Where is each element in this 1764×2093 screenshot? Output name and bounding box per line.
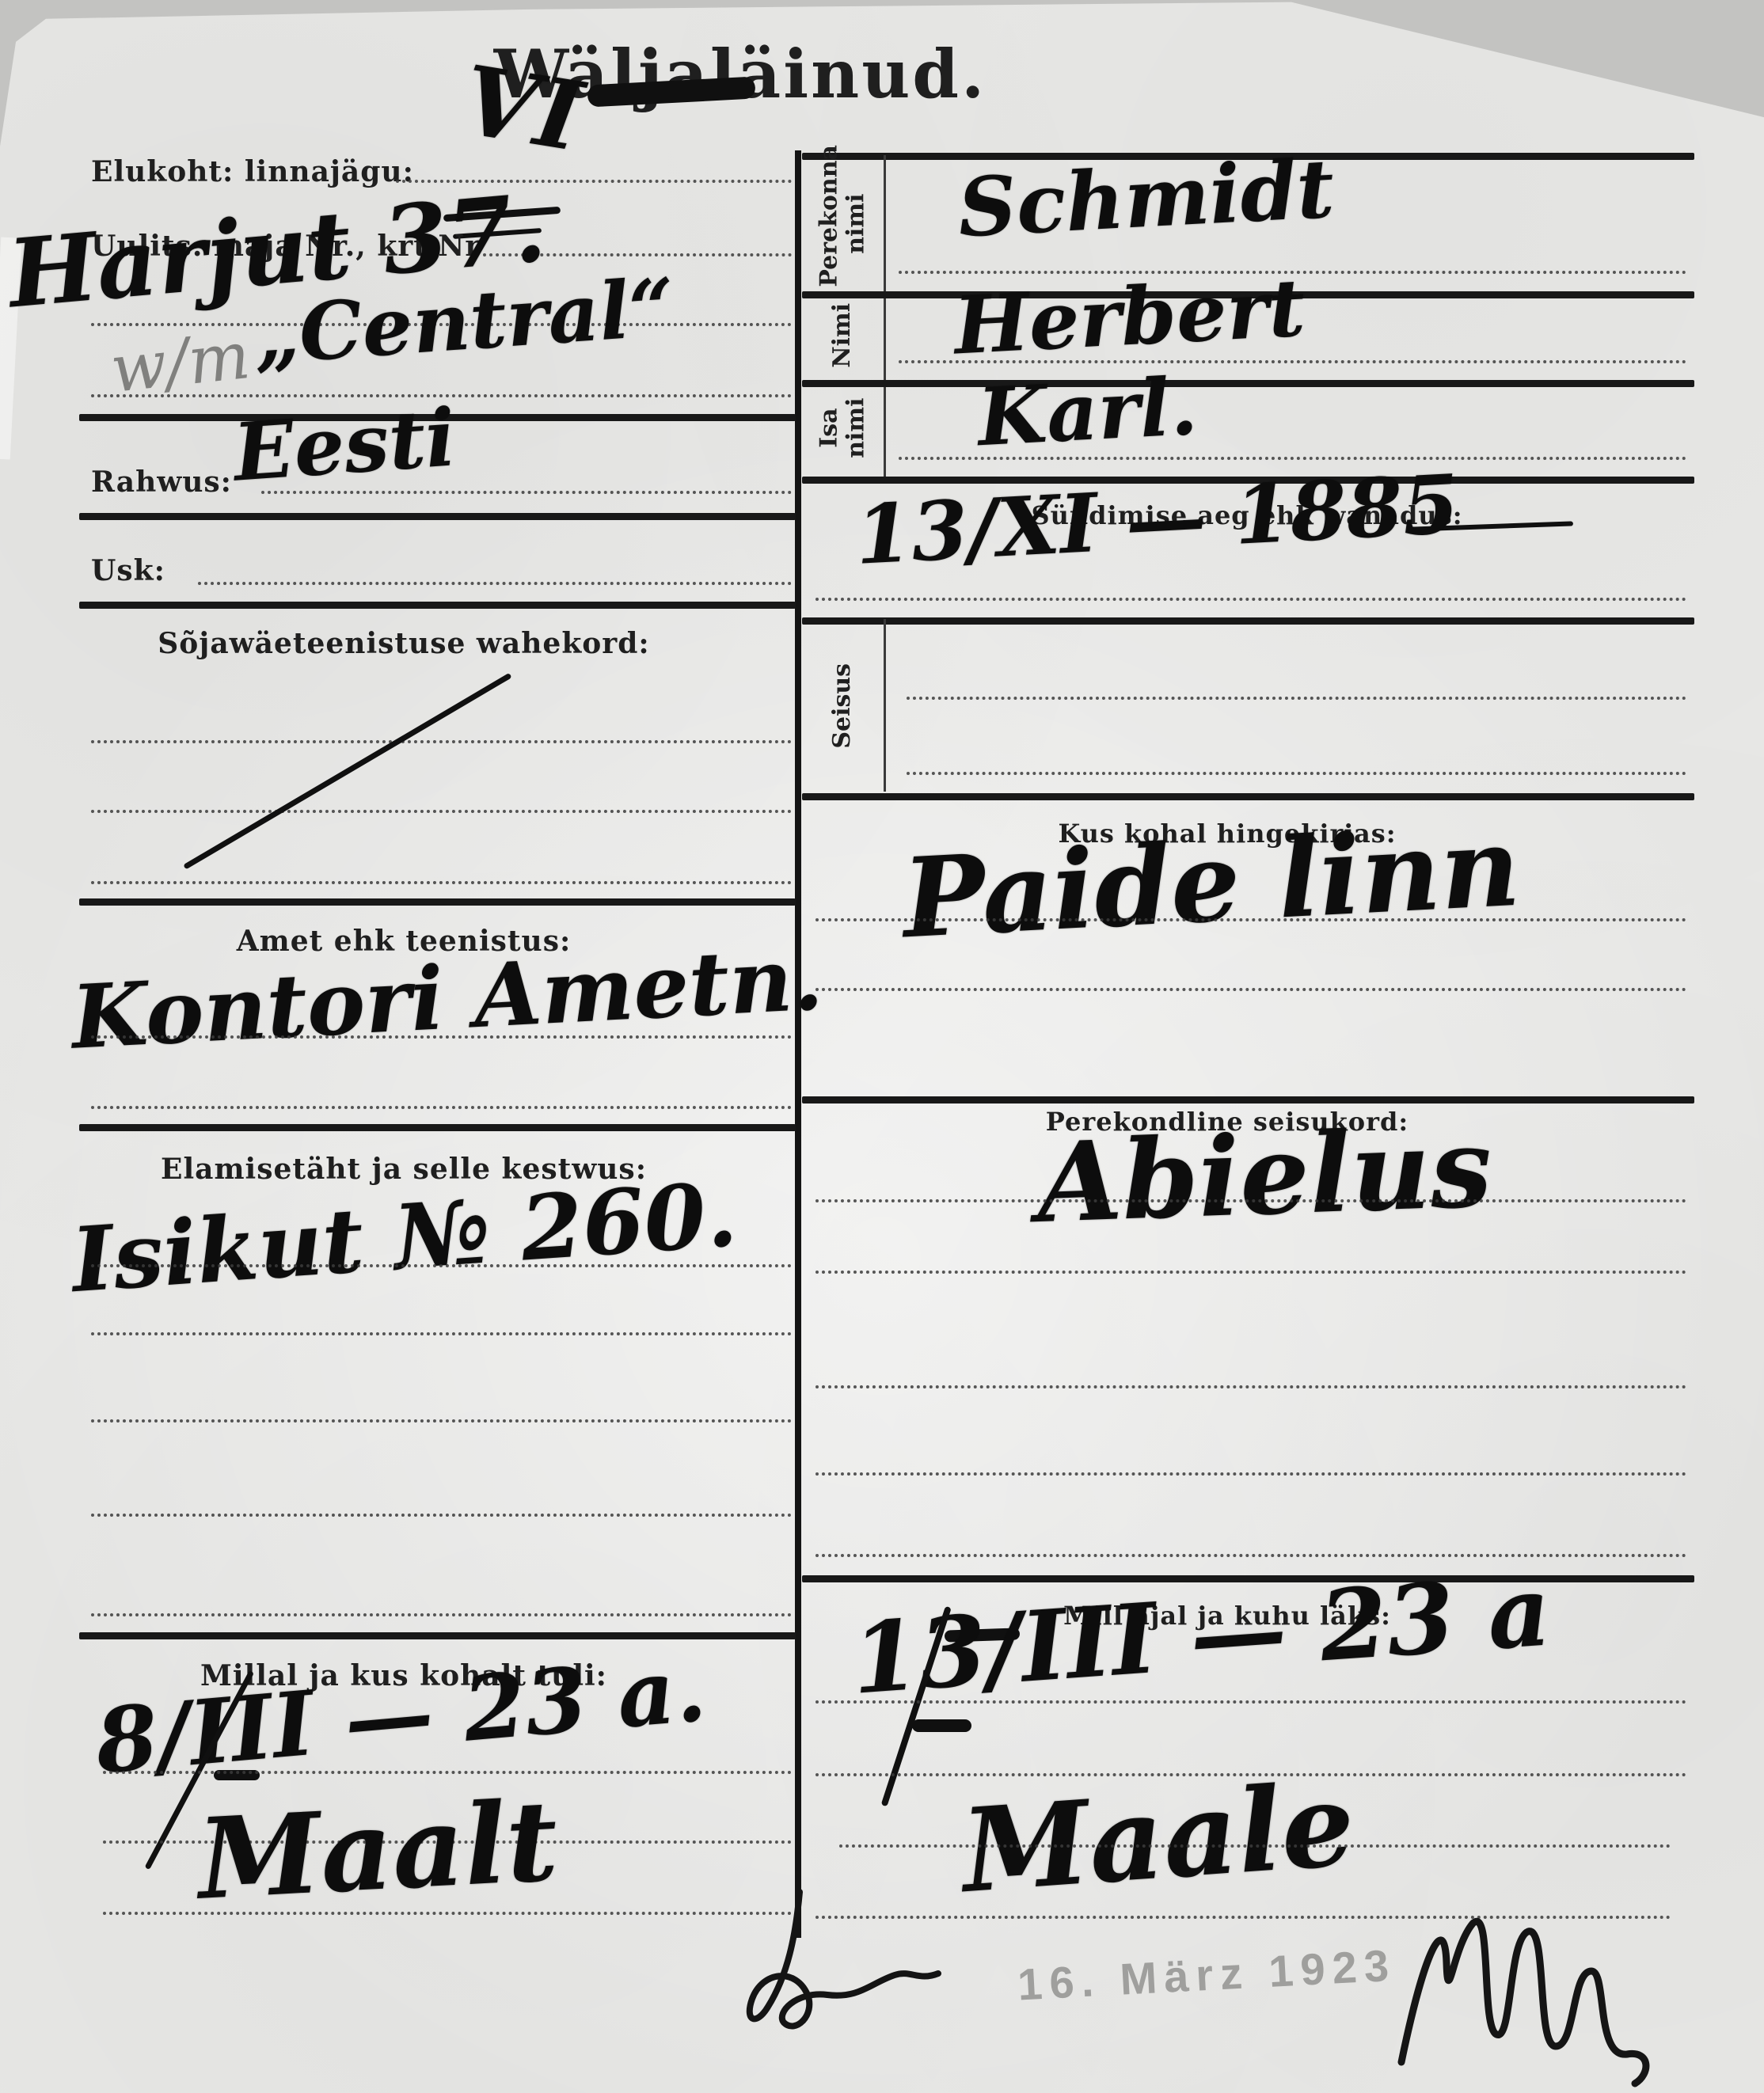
status-label: Seisus [801,621,884,791]
label-divider [884,619,886,792]
nationality-value: Eesti [231,397,458,492]
scanned-registration-card: Wäljaläinud. VI Elukoht: linnajägu: Uuli… [0,0,1764,2093]
ruled-line [907,697,1686,700]
ruled-line [91,881,792,884]
departure-to: Maale [959,1768,1359,1909]
ruled-line [103,1771,792,1774]
section-rule [802,1096,1694,1103]
ruled-line [815,1385,1686,1388]
ruled-line [91,1035,792,1039]
father-name-label: Isa nimi [801,382,884,474]
ruled-line [815,1271,1686,1274]
pen-stroke-diagonal [183,673,511,870]
section-rule [79,513,796,520]
ruled-line [815,1199,1686,1202]
residence-label: Elukoht: linnajägu: [91,155,414,188]
column-divider [795,150,801,1938]
ruled-line [907,772,1686,775]
ruled-line [899,360,1686,363]
ruled-line [815,988,1686,991]
family-name-value: Schmidt [956,149,1336,249]
marital-value: Abielus [1036,1113,1494,1238]
signature-departed [1390,1876,1690,2093]
ruled-line [91,740,792,743]
section-rule [802,617,1694,625]
ruled-line [815,1472,1686,1476]
family-name-label: Perekonna nimi [801,158,884,290]
permit-value: Isikut № 260. [69,1171,739,1305]
parish-value: Paide linn [900,812,1523,954]
nationality-label: Rahwus: [91,465,232,499]
ruled-line [899,457,1686,460]
section-rule [79,1124,796,1131]
ruled-line [91,1106,792,1109]
ruled-line [91,1514,792,1517]
ruled-line [815,1700,1686,1704]
ruled-line [198,582,792,585]
pen-dash-iii [912,1719,971,1732]
first-name-label: Nimi [801,294,884,378]
military-label: Sõjawäeteenistuse wahekord: [119,627,689,660]
label-divider [884,155,886,477]
religion-label: Usk: [91,554,165,587]
ruled-line [103,1912,792,1915]
section-rule [802,380,1694,387]
ruled-line [91,1419,792,1423]
ruled-line [91,1332,792,1335]
section-rule [802,793,1694,800]
section-rule [79,898,796,906]
arrival-from: Maalt [196,1786,561,1916]
ruled-line [815,918,1686,921]
ruled-line [91,1613,792,1616]
first-name-value: Herbert [952,268,1307,365]
ruled-line [815,598,1686,601]
annotation-vi: VI [457,53,588,165]
date-stamp: 16. März 1923 [1017,1939,1397,2011]
ruled-line [839,1844,1671,1848]
departure-date: 13/III — 23 a [849,1562,1553,1707]
ruled-line [91,810,792,813]
father-name-value: Karl. [976,367,1199,457]
ruled-line [91,1264,792,1267]
section-rule [79,602,796,609]
hotel-prefix: w/m [108,324,253,403]
ruled-line [815,1554,1686,1557]
signature-clerk [740,1888,962,2090]
